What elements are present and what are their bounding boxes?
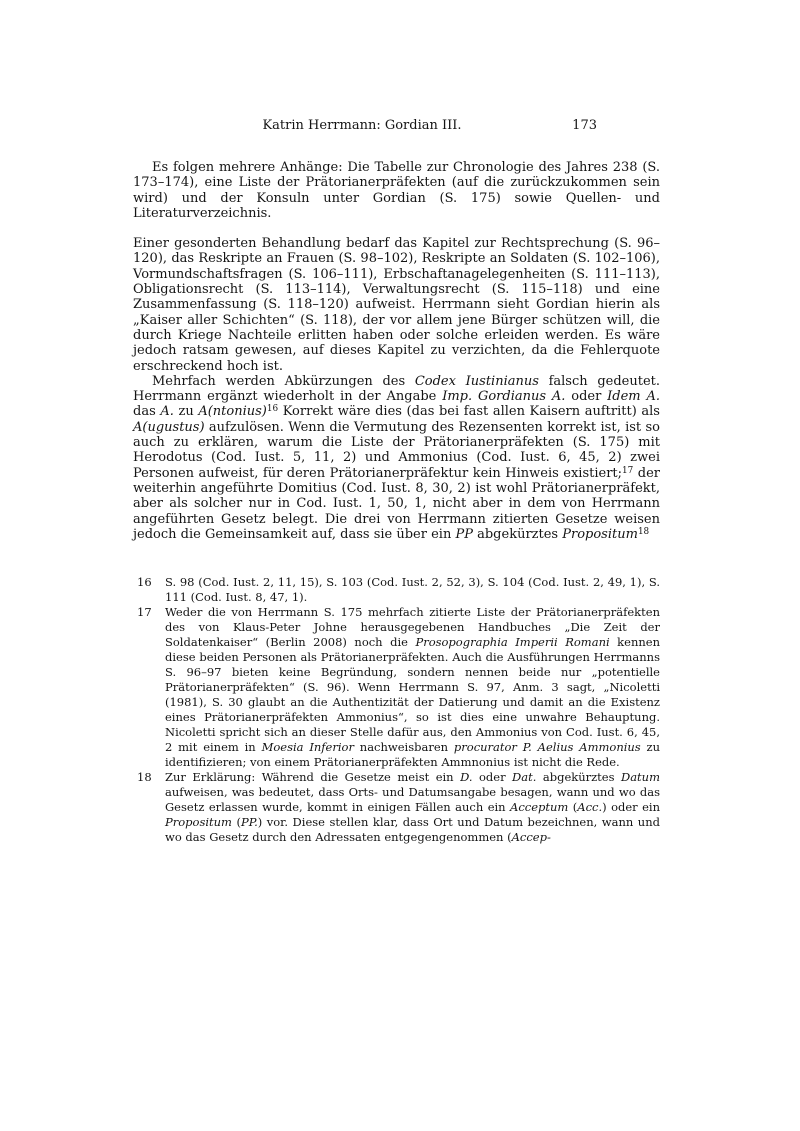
- footnote-text: Weder die von Herrmann S. 175 mehrfach z…: [165, 605, 660, 770]
- body-text: Es folgen mehrere Anhänge: Die Tabelle z…: [133, 160, 660, 542]
- footnote-text: Zur Erklärung: Während die Gesetze meist…: [165, 770, 660, 845]
- paragraph-rechtsprechung: Einer gesonderten Behandlung bedarf das …: [133, 236, 660, 374]
- footnote-number: 17: [133, 605, 165, 620]
- footnote-number: 16: [133, 575, 165, 590]
- document-page: Katrin Herrmann: Gordian III. 173 Es fol…: [0, 0, 800, 1131]
- text-block: Katrin Herrmann: Gordian III. 173 Es fol…: [133, 118, 660, 845]
- footnote-18: 18 Zur Erklärung: Während die Gesetze me…: [133, 770, 660, 845]
- footnotes-section: 16 S. 98 (Cod. Iust. 2, 11, 15), S. 103 …: [133, 575, 660, 845]
- running-head: Katrin Herrmann: Gordian III. 173: [133, 118, 660, 134]
- page-number: 173: [572, 118, 597, 134]
- footnote-16: 16 S. 98 (Cod. Iust. 2, 11, 15), S. 103 …: [133, 575, 660, 605]
- footnote-number: 18: [133, 770, 165, 785]
- paragraph-appendices: Es folgen mehrere Anhänge: Die Tabelle z…: [133, 160, 660, 221]
- paragraph-abkuerzungen: Mehrfach werden Abkürzungen des Codex Iu…: [133, 374, 660, 542]
- running-head-title: Katrin Herrmann: Gordian III.: [262, 118, 461, 134]
- footnote-text: S. 98 (Cod. Iust. 2, 11, 15), S. 103 (Co…: [165, 575, 660, 605]
- footnote-17: 17 Weder die von Herrmann S. 175 mehrfac…: [133, 605, 660, 770]
